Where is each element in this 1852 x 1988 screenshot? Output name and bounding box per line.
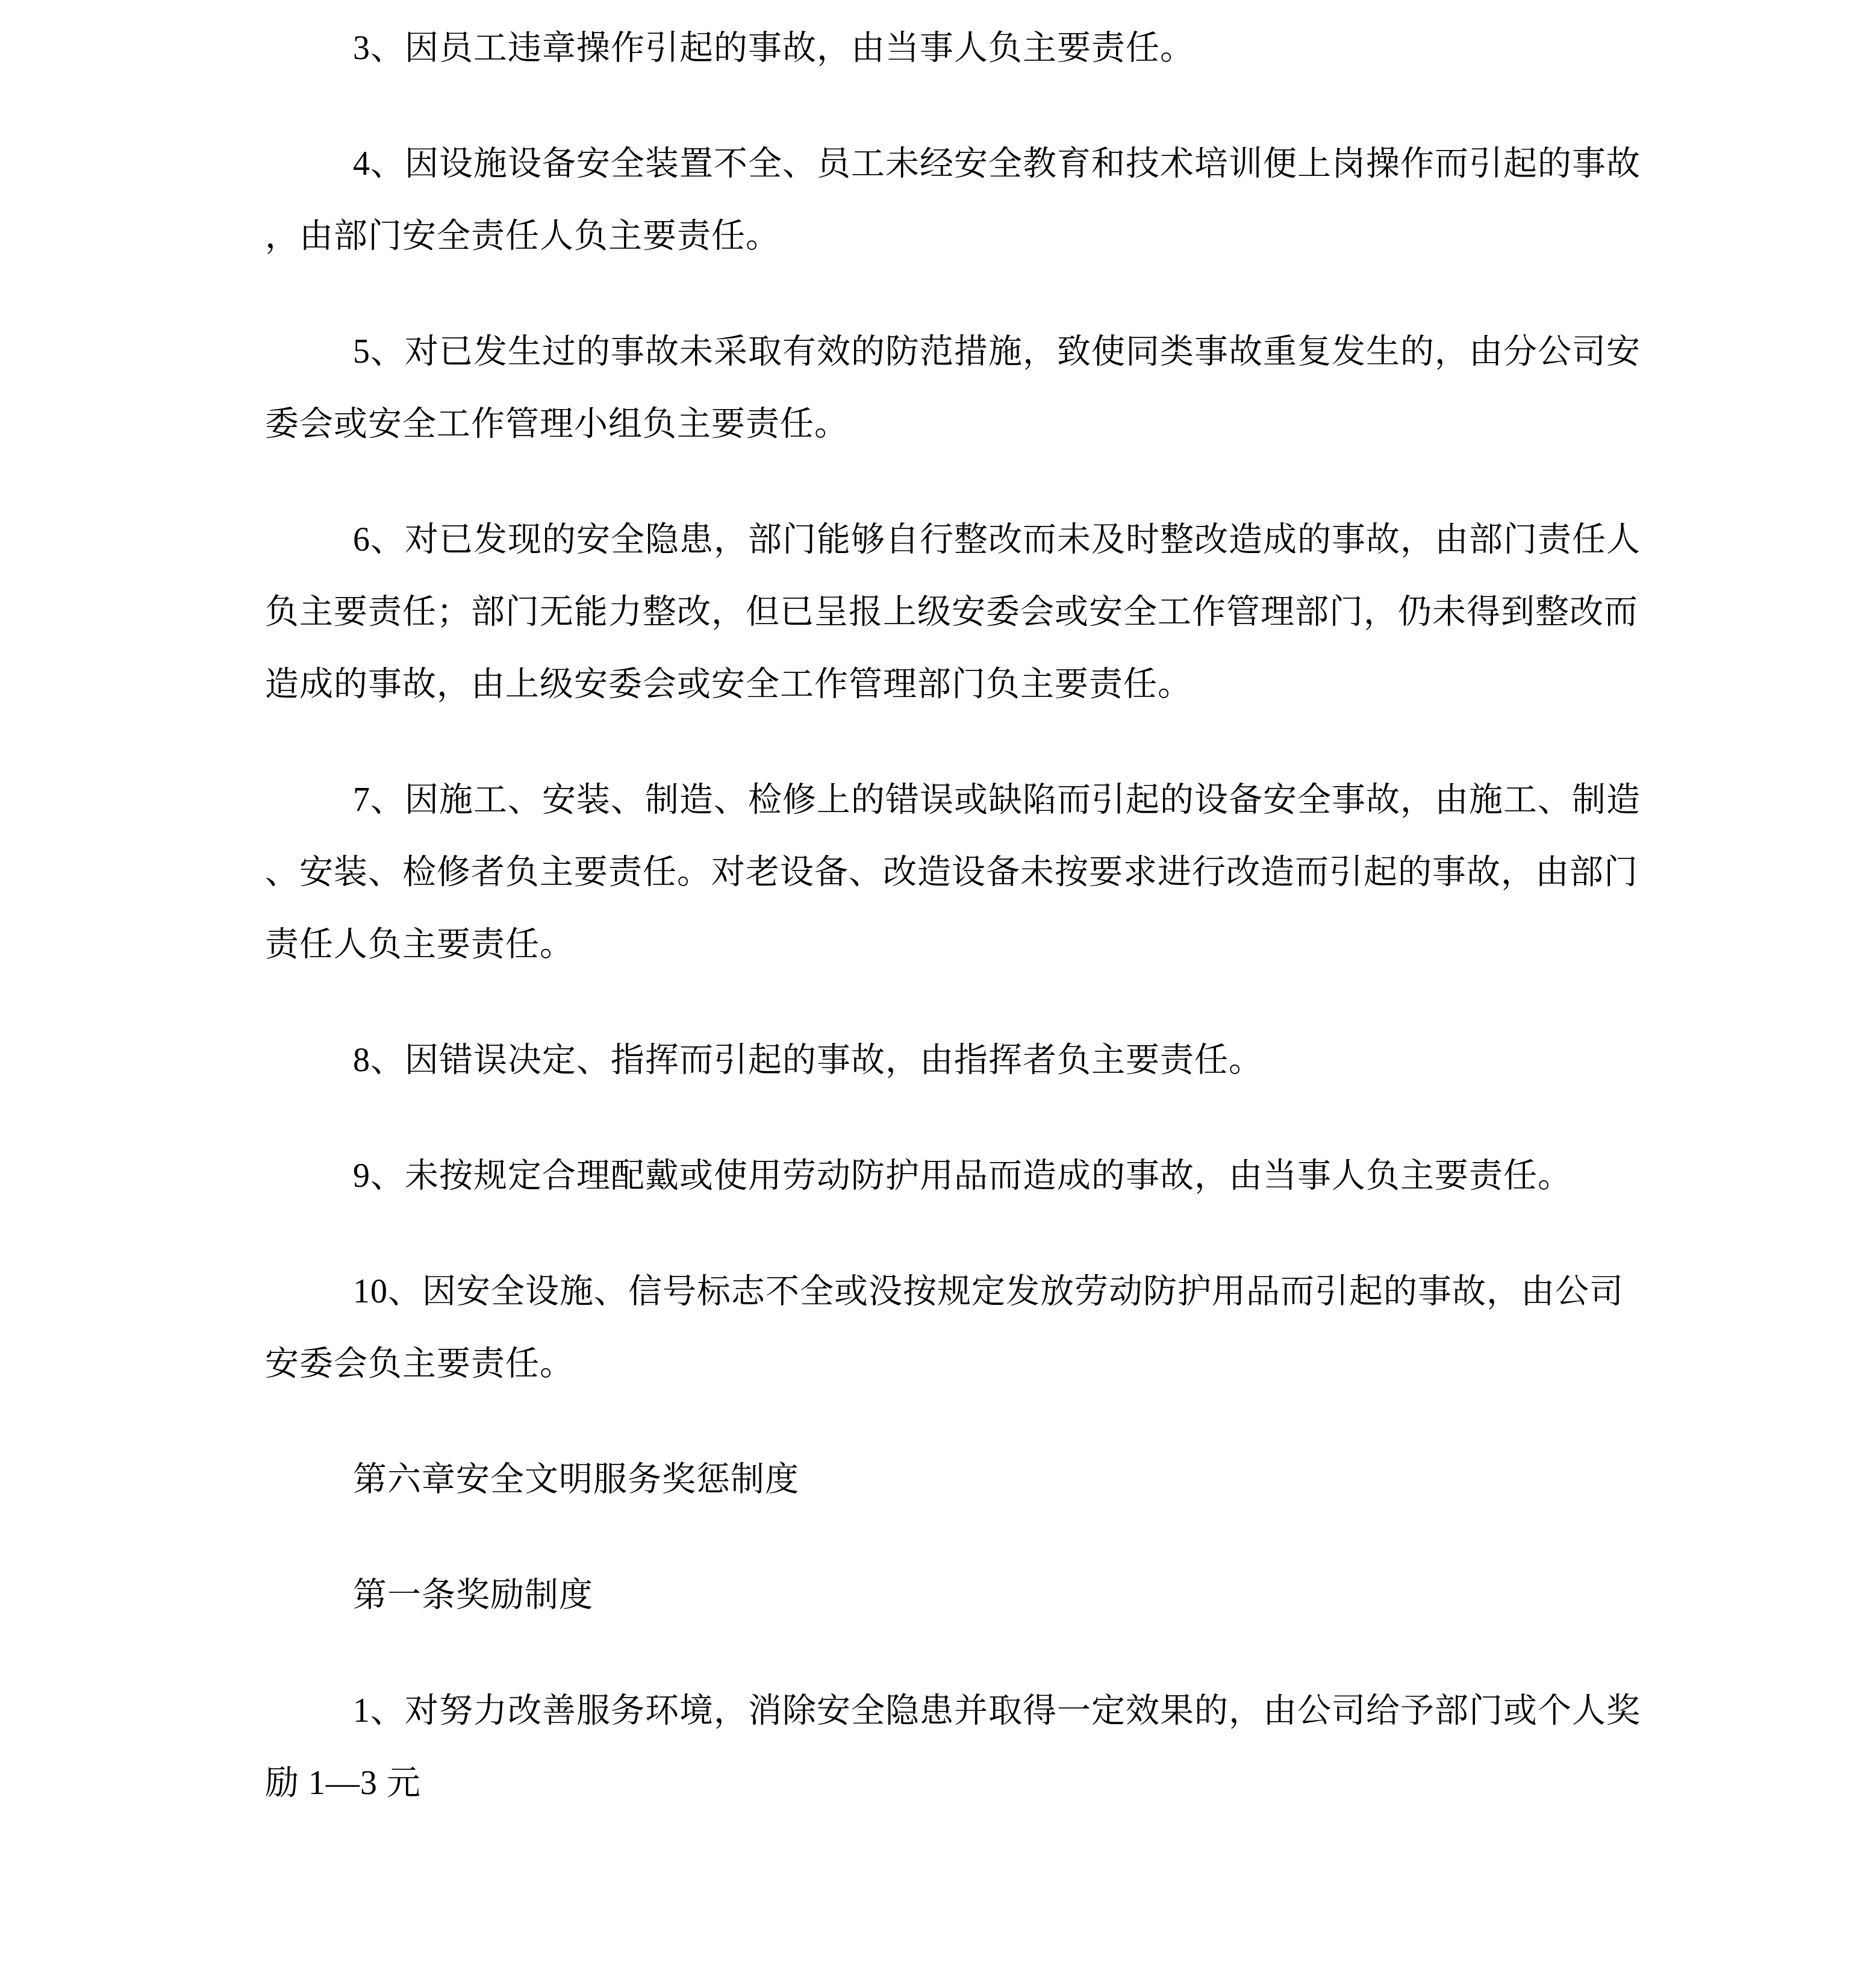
text-line: 安委会负主要责任。 [265, 1328, 1611, 1400]
chapter-heading-text: 第六章安全文明服务奖惩制度 [265, 1443, 1611, 1516]
text-line: 造成的事故，由上级安委会或安全工作管理部门负主要责任。 [265, 648, 1611, 720]
paragraph-item-4: 4、因设施设备安全装置不全、员工未经安全教育和技术培训便上岗操作而引起的事故 ，… [265, 128, 1611, 272]
document-page: 3、因员工违章操作引起的事故，由当事人负主要责任。 4、因设施设备安全装置不全、… [0, 0, 1852, 1988]
text-line: 6、对已发现的安全隐患，部门能够自行整改而未及时整改造成的事故，由部门责任人 [265, 504, 1611, 576]
document-body: 3、因员工违章操作引起的事故，由当事人负主要责任。 4、因设施设备安全装置不全、… [0, 0, 1852, 1819]
text-line: 1、对努力改善服务环境，消除安全隐患并取得一定效果的，由公司给予部门或个人奖 [265, 1675, 1611, 1747]
text-line: 、安装、检修者负主要责任。对老设备、改造设备未按要求进行改造而引起的事故，由部门 [265, 836, 1611, 908]
paragraph-item-10: 10、因安全设施、信号标志不全或没按规定发放劳动防护用品而引起的事故，由公司 安… [265, 1255, 1611, 1400]
text-line: ，由部门安全责任人负主要责任。 [265, 200, 1611, 272]
paragraph-item-5: 5、对已发生过的事故未采取有效的防范措施，致使同类事故重复发生的，由分公司安 委… [265, 316, 1611, 460]
chapter-heading: 第六章安全文明服务奖惩制度 [265, 1443, 1611, 1516]
text-line: 负主要责任；部门无能力整改，但已呈报上级安委会或安全工作管理部门，仍未得到整改而 [265, 576, 1611, 648]
paragraph-item-7: 7、因施工、安装、制造、检修上的错误或缺陷而引起的设备安全事故，由施工、制造 、… [265, 764, 1611, 981]
paragraph-item-3: 3、因员工违章操作引起的事故，由当事人负主要责任。 [265, 12, 1611, 84]
text-line: 4、因设施设备安全装置不全、员工未经安全教育和技术培训便上岗操作而引起的事故 [265, 128, 1611, 200]
text-line: 励 1—3 元 [265, 1747, 1611, 1819]
paragraph-item-6: 6、对已发现的安全隐患，部门能够自行整改而未及时整改造成的事故，由部门责任人 负… [265, 504, 1611, 720]
text-line: 委会或安全工作管理小组负主要责任。 [265, 388, 1611, 460]
text-line: 3、因员工违章操作引起的事故，由当事人负主要责任。 [265, 12, 1611, 84]
text-line: 责任人负主要责任。 [265, 908, 1611, 981]
paragraph-item-9: 9、未按规定合理配戴或使用劳动防护用品而造成的事故，由当事人负主要责任。 [265, 1140, 1611, 1212]
article-heading: 第一条奖励制度 [265, 1559, 1611, 1631]
text-line: 10、因安全设施、信号标志不全或没按规定发放劳动防护用品而引起的事故，由公司 [265, 1255, 1611, 1328]
article-heading-text: 第一条奖励制度 [265, 1559, 1611, 1631]
paragraph-item-1: 1、对努力改善服务环境，消除安全隐患并取得一定效果的，由公司给予部门或个人奖 励… [265, 1675, 1611, 1819]
text-line: 8、因错误决定、指挥而引起的事故，由指挥者负主要责任。 [265, 1024, 1611, 1096]
text-line: 7、因施工、安装、制造、检修上的错误或缺陷而引起的设备安全事故，由施工、制造 [265, 764, 1611, 836]
text-line: 9、未按规定合理配戴或使用劳动防护用品而造成的事故，由当事人负主要责任。 [265, 1140, 1611, 1212]
paragraph-item-8: 8、因错误决定、指挥而引起的事故，由指挥者负主要责任。 [265, 1024, 1611, 1096]
text-line: 5、对已发生过的事故未采取有效的防范措施，致使同类事故重复发生的，由分公司安 [265, 316, 1611, 388]
